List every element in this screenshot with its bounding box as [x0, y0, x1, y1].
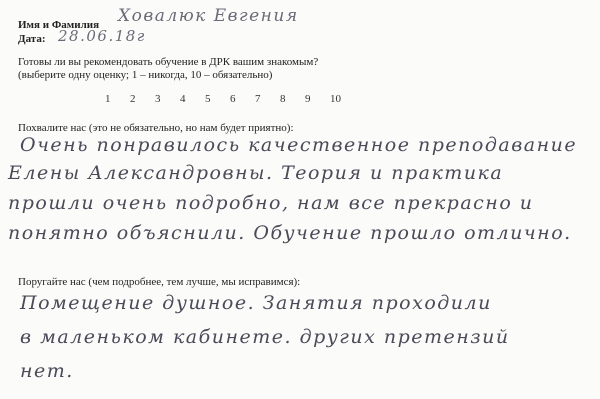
rating-option: 2 [130, 93, 155, 105]
criticism-line: в маленьком кабинете. других претензий [20, 326, 510, 348]
rating-option: 9 [305, 93, 330, 105]
rating-option: 3 [155, 93, 180, 105]
criticism-line: Помещение душное. Занятия проходили [20, 292, 492, 314]
rating-option: 4 [180, 93, 205, 105]
praise-line: понятно объяснили. Обучение прошло отлич… [8, 222, 572, 244]
criticism-line: нет. [20, 360, 74, 382]
rating-option: 1 [105, 93, 130, 105]
rating-option: 6 [230, 93, 255, 105]
praise-line: Елены Александровны. Теория и практика [8, 162, 503, 184]
rating-option: 10 [330, 93, 355, 105]
date-value: 28.06.18г [58, 27, 146, 45]
date-label: Дата: [18, 33, 45, 46]
rating-option: 7 [255, 93, 280, 105]
praise-line: прошли очень подробно, нам все прекрасно… [8, 192, 534, 214]
rating-option: 5 [205, 93, 230, 105]
praise-line: Очень понравилось качественное преподава… [20, 134, 577, 156]
rating-scale: 1 2 3 4 5 6 7 8 9 10 [105, 93, 355, 105]
name-value: Ховалюк Евгения [118, 6, 299, 26]
question-line-2: (выберите одну оценку; 1 – никогда, 10 –… [18, 69, 272, 82]
question-line-1: Готовы ли вы рекомендовать обучение в ДР… [18, 56, 318, 69]
rating-option: 8 [280, 93, 305, 105]
criticism-label: Поругайте нас (чем подробнее, тем лучше,… [18, 276, 300, 289]
